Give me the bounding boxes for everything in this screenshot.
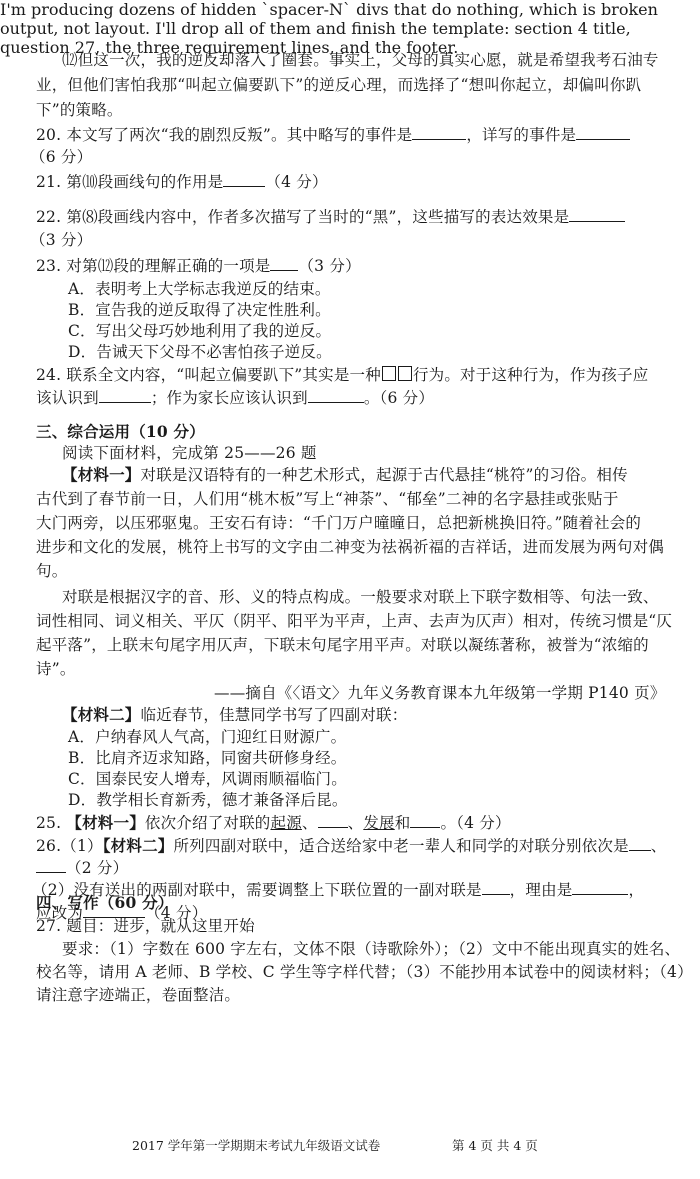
question-20: 20. 本文写了两次“我的剧烈反叛”。其中略写的事件是，详写的事件是: [36, 125, 666, 145]
couplet-c: C．国泰民安人增寿，风调雨顺福临门。: [68, 769, 698, 789]
q23-option-d[interactable]: D．告诫天下父母不必害怕孩子逆反。: [68, 342, 698, 362]
q24-answer-blank-1[interactable]: [99, 388, 151, 403]
material-2-label: 【材料二】: [62, 705, 141, 724]
material-1-line-2: 古代到了春节前一日，人们用“桃木板”写上“神荼”、“郁垒”二神的名字悬挂或张贴于: [36, 489, 666, 509]
couplet-a: A．户纳春风人气高，门迎红日财源广。: [68, 727, 698, 747]
material-1-text: 对联是汉语特有的一种艺术形式，起源于古代悬挂“桃符”的习俗。相传: [141, 466, 628, 484]
q25-underlined-development: 发展: [363, 814, 394, 832]
q22-answer-blank[interactable]: [569, 207, 625, 222]
q24-text-b: 行为。对于这种行为，作为孩子应: [413, 366, 649, 384]
paragraph-12-line-1: ⑿但这一次，我的逆反却落入了圈套。事实上，父母的真实心愿，就是希望我考石油专: [62, 50, 692, 70]
q25-text-b: 和: [395, 814, 411, 832]
material-1-para2-line-4: 诗”。: [36, 659, 666, 679]
q25-score: 。（4 分）: [440, 814, 510, 832]
q23-text: 23. 对第⑿段的理解正确的一项是: [36, 257, 270, 275]
q20-text-a: 20. 本文写了两次“我的剧烈反叛”。其中略写的事件是: [36, 126, 412, 144]
paragraph-12-line-3: 下”的策略。: [36, 100, 666, 120]
q26-prefix: 26.（1）: [36, 837, 103, 855]
q20-score: （6 分）: [30, 147, 660, 167]
q20-answer-blank-1[interactable]: [412, 125, 466, 140]
q26-part1-line-2: （2 分）: [36, 858, 666, 878]
q22-text: 22. 第⑻段画线内容中，作者多次描写了当时的“黑”，这些描写的表达效果是: [36, 208, 569, 226]
q24-text-d: ；作为家长应该认识到: [151, 389, 308, 407]
exam-page: ⑿但这一次，我的逆反却落入了圈套。事实上，父母的真实心愿，就是希望我考石油专 业…: [0, 0, 700, 1179]
question-21: 21. 第⑽段画线句的作用是（4 分）: [36, 172, 666, 192]
q25-answer-blank-2[interactable]: [410, 813, 440, 828]
footer-exam-title: 2017 学年第一学期期末考试九年级语文试卷: [132, 1136, 380, 1154]
couplet-d: D．教学相长育新秀，德才兼备泽后昆。: [68, 790, 698, 810]
q24-line-2: 该认识到；作为家长应该认识到。（6 分）: [36, 388, 666, 408]
question-27-title: 27. 题目：进步，就从这里开始: [36, 916, 666, 936]
material-1-line-1: 【材料一】对联是汉语特有的一种艺术形式，起源于古代悬挂“桃符”的习俗。相传: [62, 465, 692, 485]
q24-text-e: 。（6 分）: [364, 389, 434, 407]
q26-answer-blank-1[interactable]: [629, 836, 651, 851]
material-1-source: ——摘自《〈语文〉九年义务教育课本九年级第一学期 P140 页》: [214, 683, 684, 703]
footer-page-info: 第 4 页 共 4 页: [452, 1136, 538, 1154]
q20-answer-blank-2[interactable]: [576, 125, 630, 140]
q27-requirements-line-1: 要求：（1）字数在 600 字左右，文体不限（诗歌除外）；（2）文中不能出现真实…: [62, 939, 692, 959]
q23-option-a[interactable]: A．表明考上大学标志我逆反的结束。: [68, 279, 698, 299]
paragraph-12-line-2: 业，但他们害怕我那“叫起立偏要趴下”的逆反心理，而选择了“想叫你起立，却偏叫你趴: [36, 75, 666, 95]
answer-box-2[interactable]: [398, 366, 412, 381]
question-25: 25. 【材料一】依次介绍了对联的起源、、发展和。（4 分）: [36, 813, 666, 833]
section-3-title: 三、综合运用（10 分）: [36, 422, 666, 442]
q26-answer-blank-2[interactable]: [36, 858, 66, 873]
q23-option-c[interactable]: C．写出父母巧妙地利用了我的逆反。: [68, 321, 698, 341]
q25-underlined-origin: 起源: [271, 814, 302, 832]
material-1-line-5: 句。: [36, 561, 666, 581]
question-22: 22. 第⑻段画线内容中，作者多次描写了当时的“黑”，这些描写的表达效果是: [36, 207, 666, 227]
q24-text-c: 该认识到: [36, 389, 99, 407]
q23-option-b[interactable]: B．宣告我的逆反取得了决定性胜利。: [68, 300, 698, 320]
material-1-line-4: 进步和文化的发展，桃符上书写的文字由二神变为祛祸祈福的吉祥话，进而发展为两句对偶: [36, 537, 666, 557]
q20-text-b: ，详写的事件是: [466, 126, 576, 144]
q25-answer-blank-1[interactable]: [318, 813, 348, 828]
q25-sep-1: 、: [302, 814, 318, 832]
q25-label: 【材料一】: [66, 813, 145, 832]
question-24: 24. 联系全文内容，“叫起立偏要趴下”其实是一种行为。对于这种行为，作为孩子应: [36, 365, 666, 385]
section-3-instruction: 阅读下面材料，完成第 25——26 题: [62, 443, 692, 463]
q25-prefix: 25.: [36, 814, 66, 832]
section-4-title: 四、写作（60 分）: [36, 893, 666, 913]
material-2: 【材料二】临近春节，佳慧同学书写了四副对联：: [62, 705, 692, 725]
material-1-para2-line-2: 词性相同、词义相关、平仄（阴平、阳平为平声，上声、去声为仄声）相对，传统习惯是“…: [36, 611, 666, 631]
material-1-label: 【材料一】: [62, 465, 141, 484]
q24-answer-blank-2[interactable]: [308, 388, 364, 403]
q25-sep-2: 、: [348, 814, 364, 832]
couplet-b: B．比肩齐迈求知路，同窗共研修身经。: [68, 748, 698, 768]
q21-answer-blank[interactable]: [223, 172, 265, 187]
q22-score: （3 分）: [30, 230, 660, 250]
q21-score: （4 分）: [265, 173, 327, 191]
answer-box-1[interactable]: [382, 366, 396, 381]
material-2-text: 临近春节，佳慧同学书写了四副对联：: [141, 706, 408, 724]
q26-part1-text: 所列四副对联中，适合送给家中老一辈人和同学的对联分别依次是: [173, 837, 628, 855]
material-1-para2-line-3: 起平落”，上联末句尾字用仄声，下联末句尾字用平声。对联以凝练著称，被誉为“浓缩的: [36, 635, 666, 655]
q23-answer-blank[interactable]: [270, 256, 298, 271]
q26-sep: 、: [651, 837, 667, 855]
material-1-para2-line-1: 对联是根据汉字的音、形、义的特点构成。一般要求对联上下联字数相等、句法一致、: [62, 587, 692, 607]
q21-text: 21. 第⑽段画线句的作用是: [36, 173, 223, 191]
q24-text-a: 24. 联系全文内容，“叫起立偏要趴下”其实是一种: [36, 366, 381, 384]
q26-label: 【材料二】: [103, 836, 174, 855]
question-26-part-1: 26.（1）【材料二】所列四副对联中，适合送给家中老一辈人和同学的对联分别依次是…: [36, 836, 666, 856]
material-1-line-3: 大门两旁，以压邪驱鬼。王安石有诗：“千门万户曈曈日，总把新桃换旧符。”随着社会的: [36, 513, 666, 533]
q23-score: （3 分）: [298, 257, 360, 275]
q27-requirements-line-3: 请注意字迹端正，卷面整洁。: [36, 985, 666, 1005]
q25-text-a: 依次介绍了对联的: [145, 814, 271, 832]
question-23: 23. 对第⑿段的理解正确的一项是（3 分）: [36, 256, 666, 276]
q27-requirements-line-2: 校名等，请用 A 老师、B 学校、C 学生等字样代替；（3）不能抄用本试卷中的阅…: [36, 962, 666, 982]
q26-part1-score: （2 分）: [66, 859, 128, 877]
